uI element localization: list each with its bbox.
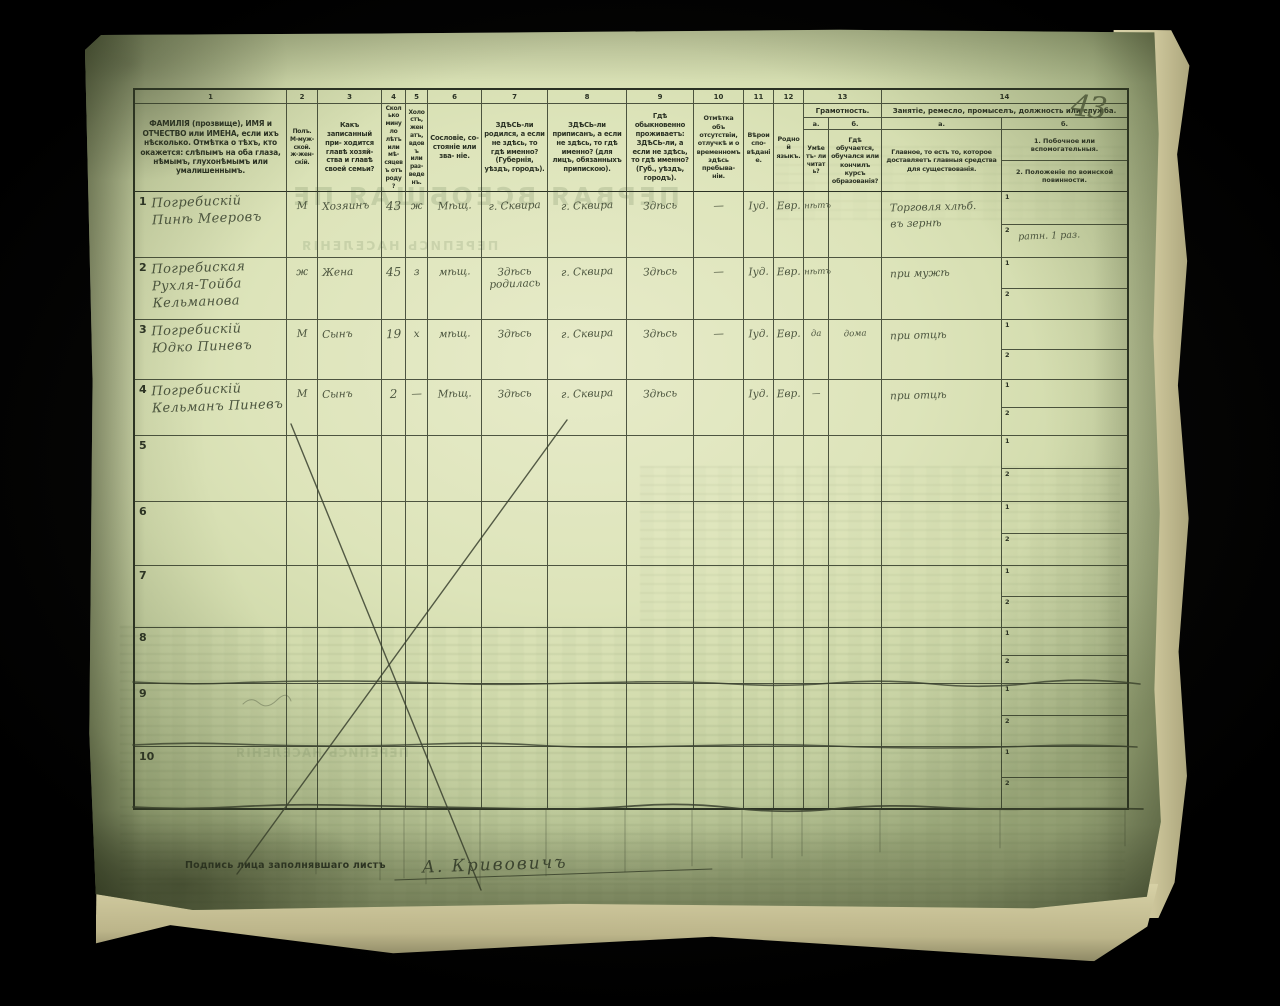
religion-handwriting: Іуд.	[744, 380, 774, 401]
estate-handwriting: мѣщ.	[428, 257, 482, 279]
row-3-resides-cell: Здѣсь	[627, 320, 694, 380]
row-8-registered-cell	[548, 628, 627, 684]
absence-handwriting: —	[694, 319, 744, 341]
row-10-school-cell	[829, 747, 882, 808]
row-4-school-cell	[829, 380, 882, 436]
reads-handwriting: нѣтъ	[804, 192, 829, 212]
side-subcell-1: 1	[1002, 436, 1127, 469]
row-7-marital-cell	[406, 566, 428, 628]
row-9-absence-cell	[694, 684, 744, 747]
row-9-language-cell	[774, 684, 804, 747]
row-6-side-occupation-cell: 12	[1002, 502, 1127, 566]
row-8-resides-cell	[627, 628, 694, 684]
row-7-name-cell: 7	[135, 566, 287, 628]
row-5-estate-cell	[428, 436, 482, 502]
row-9-relation-cell	[318, 684, 382, 747]
side-subcell-1: 1	[1002, 566, 1127, 597]
row-1-marital-cell: ж	[406, 192, 428, 258]
row-2-occupation-cell: при мужѣ	[882, 258, 1002, 320]
side2-handwriting	[1002, 713, 1127, 722]
marital-handwriting	[406, 684, 427, 693]
born-handwriting: Здѣсь	[482, 379, 548, 401]
age-handwriting: 19	[382, 320, 406, 342]
header-residence: Гдѣ обыкновенно проживаетъ: ЗДѢСЬ-ли, а …	[627, 104, 694, 192]
occupation-handwriting	[882, 434, 1001, 444]
estate-handwriting	[428, 683, 481, 693]
sex-handwriting: М	[287, 191, 318, 212]
row-7-resides-cell	[627, 566, 694, 628]
row-1-born-cell: г. Сквира	[482, 192, 548, 258]
header-military-status: 2. Положеніе по воинской повинности.	[1002, 161, 1127, 191]
row-8-relation-cell	[318, 628, 382, 684]
sex-handwriting	[287, 746, 317, 755]
row-9-reads-cell	[804, 684, 829, 747]
header-literacy-title: Грамотность.	[804, 104, 881, 118]
row-4-age-cell: 2	[382, 380, 406, 436]
language-handwriting: Евр.	[774, 380, 804, 401]
relation-handwriting	[318, 683, 381, 693]
language-handwriting: Евр.	[774, 320, 804, 341]
resides-handwriting: Здѣсь	[627, 379, 694, 401]
row-1-name-cell: 1ПогребискійПинѣ Мееровъ	[135, 192, 287, 258]
reads-handwriting	[804, 502, 828, 512]
header-age: Сколько минуло лѣтъ или мѣ- сяцевъ отъ р…	[382, 104, 406, 192]
reads-handwriting	[804, 566, 828, 576]
side-subcell-2: 2	[1002, 289, 1127, 319]
row-5-school-cell	[829, 436, 882, 502]
estate-handwriting	[428, 501, 481, 511]
row-2-born-cell: Здѣсь родилась	[482, 258, 548, 320]
side2-handwriting	[1002, 406, 1127, 415]
language-handwriting	[774, 683, 803, 692]
column-number-10: 10	[694, 90, 744, 104]
estate-handwriting: Мѣщ.	[428, 191, 482, 213]
census-sheet: ПЕРВАЯ ВСЕОБЩАЯ ПЕ ПЕРЕПИСЬ НАСЕЛЕНІЯ ПЕ…	[85, 28, 1163, 910]
occupation-handwriting	[882, 626, 1001, 636]
row-5-side-occupation-cell: 12	[1002, 436, 1127, 502]
row-5-religion-cell	[744, 436, 774, 502]
occupation-handwriting	[882, 500, 1001, 510]
row-9-born-cell	[482, 684, 548, 747]
header-can-read: Умѣетъ- ли читать?	[804, 130, 829, 191]
header-absence: Отмѣтка объ отсутствіи, отлучкѣ и о врем…	[694, 104, 744, 192]
school-handwriting	[829, 565, 881, 576]
row-8-reads-cell	[804, 628, 829, 684]
side2-handwriting: ратн. 1 раз.	[1002, 223, 1127, 243]
resides-handwriting: Здѣсь	[627, 319, 694, 341]
row-5-reads-cell	[804, 436, 829, 502]
relation-handwriting: Сынъ	[318, 319, 382, 341]
side2-handwriting	[1002, 595, 1127, 604]
absence-handwriting	[694, 565, 743, 575]
row-5-resides-cell	[627, 436, 694, 502]
row-4-resides-cell: Здѣсь	[627, 380, 694, 436]
age-handwriting	[382, 436, 405, 444]
side1-handwriting	[1002, 318, 1127, 327]
page-number-handwritten: 43	[1069, 88, 1107, 127]
row-1-absence-cell: —	[694, 192, 744, 258]
row-9-estate-cell	[428, 684, 482, 747]
occupation-line: при отцѣ	[890, 325, 1001, 344]
row-6-marital-cell	[406, 502, 428, 566]
row-2-side-occupation-cell: 12	[1002, 258, 1127, 320]
row-2-reads-cell: нѣтъ	[804, 258, 829, 320]
header-estate: Сословіе, со- стояніе или зва- ніе.	[428, 104, 482, 192]
census-book-photo: ПЕРВАЯ ВСЕОБЩАЯ ПЕ ПЕРЕПИСЬ НАСЕЛЕНІЯ ПЕ…	[0, 0, 1280, 1006]
side2-handwriting	[1002, 532, 1127, 541]
row-4-side-occupation-cell: 12	[1002, 380, 1127, 436]
row-8-name-cell: 8	[135, 628, 287, 684]
header-language: Родной языкъ.	[774, 104, 804, 192]
absence-handwriting	[694, 627, 743, 637]
row-1-relation-cell: Хозяинъ	[318, 192, 382, 258]
registered-handwriting	[548, 435, 626, 446]
religion-handwriting	[744, 627, 773, 636]
side1-handwriting	[1002, 564, 1127, 573]
row-4-born-cell: Здѣсь	[482, 380, 548, 436]
column-number-9: 9	[627, 90, 694, 104]
side-subcell-1: 1	[1002, 502, 1127, 534]
marital-handwriting	[406, 628, 427, 637]
language-handwriting	[774, 746, 803, 755]
footer-signature-row: Подпись лица заполнявшаго листъА. Кривов…	[185, 853, 712, 875]
row-6-estate-cell	[428, 502, 482, 566]
census-table: 1 2 3 4 5 6 7 8 9 10 11 12 13 14 ФАМИЛІЯ…	[133, 88, 1129, 810]
side1-handwriting	[1002, 190, 1127, 199]
name-handwriting: ПогребискійПинѣ Мееровъ	[135, 187, 287, 231]
relation-handwriting	[318, 501, 381, 511]
sex-handwriting	[287, 435, 317, 444]
row-6-language-cell	[774, 502, 804, 566]
row-10-side-occupation-cell: 12	[1002, 747, 1127, 808]
relation-handwriting	[318, 565, 381, 575]
school-handwriting	[829, 746, 881, 757]
row-6-religion-cell	[744, 502, 774, 566]
resides-handwriting	[627, 565, 693, 575]
side-subcell-1: 1	[1002, 684, 1127, 716]
occupation-handwriting: при отцѣ	[882, 318, 1002, 344]
row-4-estate-cell: Мѣщ.	[428, 380, 482, 436]
name-handwriting: ПогребискаяРухля-ТойбаКельманова	[135, 253, 288, 314]
estate-handwriting	[428, 565, 481, 575]
row-10-reads-cell	[804, 747, 829, 808]
row-8-school-cell	[829, 628, 882, 684]
resides-handwriting	[627, 501, 693, 511]
side-subcell-2: 2	[1002, 716, 1127, 747]
marital-handwriting: —	[406, 380, 428, 401]
row-10-estate-cell	[428, 747, 482, 808]
side2-handwriting	[1002, 348, 1127, 357]
religion-handwriting	[744, 746, 773, 755]
relation-handwriting	[318, 746, 381, 756]
school-handwriting	[829, 627, 881, 638]
row-number: 5	[139, 439, 147, 452]
row-9-religion-cell	[744, 684, 774, 747]
registered-handwriting	[548, 501, 626, 512]
name-line: Юдко Пиневъ	[152, 337, 286, 359]
side1-handwriting	[1002, 256, 1127, 265]
row-2-resides-cell: Здѣсь	[627, 258, 694, 320]
row-4-occupation-cell: при отцѣ	[882, 380, 1002, 436]
row-number: 9	[139, 687, 147, 700]
row-6-relation-cell	[318, 502, 382, 566]
row-1-reads-cell: нѣтъ	[804, 192, 829, 258]
resides-handwriting	[627, 746, 693, 756]
name-line: Кельманова	[152, 292, 286, 314]
reads-handwriting: —	[804, 380, 829, 400]
side1-handwriting	[1002, 378, 1127, 387]
column-number-12: 12	[774, 90, 804, 104]
resides-handwriting	[627, 683, 693, 693]
reads-handwriting: нѣтъ	[804, 258, 829, 278]
row-7-occupation-cell	[882, 566, 1002, 628]
religion-handwriting	[744, 501, 773, 510]
relation-handwriting: Жена	[318, 257, 382, 279]
side-subcell-2: 2	[1002, 350, 1127, 379]
born-handwriting	[482, 565, 547, 575]
row-7-age-cell	[382, 566, 406, 628]
side-subcell-1: 1	[1002, 628, 1127, 656]
row-6-registered-cell	[548, 502, 627, 566]
row-6-sex-cell	[287, 502, 318, 566]
occupation-handwriting: при мужѣ	[882, 256, 1002, 282]
row-5-absence-cell	[694, 436, 744, 502]
school-handwriting: дома	[829, 319, 882, 340]
row-1-occupation-cell: Торговля хлѣб.въ зернѣ	[882, 192, 1002, 258]
header-letter-b: б.	[1002, 118, 1127, 129]
absence-handwriting	[694, 683, 743, 693]
side-subcell-2: 2ратн. 1 раз.	[1002, 225, 1127, 257]
age-handwriting: 45	[382, 258, 406, 280]
header-letter-a: а.	[882, 118, 1002, 129]
column-number-13: 13	[804, 90, 882, 104]
side-subcell-1: 1	[1002, 320, 1127, 350]
absence-handwriting	[694, 746, 743, 756]
registered-handwriting	[548, 565, 626, 576]
row-2-relation-cell: Жена	[318, 258, 382, 320]
reads-handwriting	[804, 436, 828, 446]
row-number: 10	[139, 750, 154, 763]
religion-handwriting	[744, 683, 773, 692]
row-2-school-cell	[829, 258, 882, 320]
enumerator-signature: А. Кривовичъ	[393, 847, 712, 880]
column-number-3: 3	[318, 90, 382, 104]
row-2-language-cell: Евр.	[774, 258, 804, 320]
row-3-absence-cell: —	[694, 320, 744, 380]
row-2-name-cell: 2ПогребискаяРухля-ТойбаКельманова	[135, 258, 287, 320]
side2-handwriting	[1002, 654, 1127, 663]
school-handwriting	[829, 435, 881, 446]
row-10-occupation-cell	[882, 747, 1002, 808]
resides-handwriting: Здѣсь	[627, 191, 694, 213]
row-9-name-cell: 9	[135, 684, 287, 747]
side1-handwriting	[1002, 626, 1127, 635]
absence-handwriting: —	[694, 191, 744, 213]
school-handwriting	[829, 501, 881, 512]
row-number: 6	[139, 505, 147, 518]
row-6-resides-cell	[627, 502, 694, 566]
estate-handwriting: мѣщ.	[428, 319, 482, 341]
row-10-language-cell	[774, 747, 804, 808]
row-4-name-cell: 4ПогребискійКельманъ Пиневъ	[135, 380, 287, 436]
header-letter-b: б.	[829, 118, 881, 129]
row-5-sex-cell	[287, 436, 318, 502]
header-sex: Полъ. М-муж- ской. ж-жен- скій.	[287, 104, 318, 192]
registered-handwriting	[548, 627, 626, 638]
marital-handwriting	[406, 502, 427, 511]
column-number-11: 11	[744, 90, 774, 104]
registered-handwriting: г. Сквира	[548, 319, 627, 342]
occupation-handwriting: при отцѣ	[882, 378, 1002, 404]
row-6-reads-cell	[804, 502, 829, 566]
side1-handwriting	[1002, 682, 1127, 691]
religion-handwriting: Іуд.	[744, 192, 774, 213]
row-5-occupation-cell	[882, 436, 1002, 502]
relation-handwriting: Сынъ	[318, 379, 382, 401]
born-handwriting: г. Сквира	[482, 191, 548, 213]
marital-handwriting: ж	[406, 192, 428, 213]
occupation-handwriting	[882, 745, 1001, 755]
registered-handwriting: г. Сквира	[548, 191, 627, 214]
resides-handwriting	[627, 627, 693, 637]
side-subcell-2: 2	[1002, 778, 1127, 808]
header-literacy-letters: а. б.	[804, 118, 881, 130]
registered-handwriting: г. Сквира	[548, 257, 627, 280]
row-7-registered-cell	[548, 566, 627, 628]
row-4-marital-cell: —	[406, 380, 428, 436]
row-8-sex-cell	[287, 628, 318, 684]
row-10-relation-cell	[318, 747, 382, 808]
header-main-occupation: Главное, то есть то, которое доставляетъ…	[882, 130, 1002, 191]
school-handwriting	[829, 191, 881, 202]
header-religion: Вѣроиспо- вѣданіе.	[744, 104, 774, 192]
header-name: ФАМИЛІЯ (прозвище), ИМЯ и ОТЧЕСТВО или И…	[135, 104, 287, 192]
born-handwriting	[482, 435, 547, 445]
row-3-name-cell: 3ПогребискійЮдко Пиневъ	[135, 320, 287, 380]
row-9-resides-cell	[627, 684, 694, 747]
marital-handwriting	[406, 747, 427, 756]
header-marital: Холостъ, женатъ, вдовъ или раз- веденъ.	[406, 104, 428, 192]
age-handwriting: 2	[382, 380, 406, 402]
row-9-occupation-cell	[882, 684, 1002, 747]
row-7-side-occupation-cell: 12	[1002, 566, 1127, 628]
row-6-occupation-cell	[882, 502, 1002, 566]
column-number-6: 6	[428, 90, 482, 104]
row-3-relation-cell: Сынъ	[318, 320, 382, 380]
row-8-born-cell	[482, 628, 548, 684]
row-9-side-occupation-cell: 12	[1002, 684, 1127, 747]
side1-handwriting	[1002, 745, 1127, 754]
row-4-religion-cell: Іуд.	[744, 380, 774, 436]
occupation-handwriting	[882, 564, 1001, 574]
row-6-age-cell	[382, 502, 406, 566]
row-8-language-cell	[774, 628, 804, 684]
name-line: Кельманъ Пиневъ	[152, 397, 286, 419]
language-handwriting: Евр.	[774, 192, 804, 213]
occupation-line: при мужѣ	[890, 263, 1001, 282]
school-handwriting	[829, 257, 881, 268]
row-1-language-cell: Евр.	[774, 192, 804, 258]
side-subcell-1: 1	[1002, 258, 1127, 289]
row-7-sex-cell	[287, 566, 318, 628]
reads-handwriting	[804, 628, 828, 638]
language-handwriting	[774, 565, 803, 574]
row-4-absence-cell	[694, 380, 744, 436]
reads-handwriting	[804, 747, 828, 757]
resides-handwriting: Здѣсь	[627, 257, 694, 279]
name-handwriting: ПогребискійКельманъ Пиневъ	[135, 375, 287, 419]
row-2-estate-cell: мѣщ.	[428, 258, 482, 320]
row-4-sex-cell: М	[287, 380, 318, 436]
age-handwriting	[382, 566, 405, 574]
religion-handwriting	[744, 565, 773, 574]
row-3-born-cell: Здѣсь	[482, 320, 548, 380]
registered-handwriting	[548, 746, 626, 757]
relation-handwriting: Хозяинъ	[318, 191, 382, 213]
row-10-resides-cell	[627, 747, 694, 808]
sex-handwriting	[287, 627, 317, 636]
row-8-side-occupation-cell: 12	[1002, 628, 1127, 684]
row-1-resides-cell: Здѣсь	[627, 192, 694, 258]
row-5-language-cell	[774, 436, 804, 502]
row-10-age-cell	[382, 747, 406, 808]
language-handwriting	[774, 435, 803, 444]
row-2-religion-cell: Іуд.	[744, 258, 774, 320]
religion-handwriting: Іуд.	[744, 258, 774, 279]
marital-handwriting	[406, 436, 427, 445]
row-1-registered-cell: г. Сквира	[548, 192, 627, 258]
row-number: 8	[139, 631, 147, 644]
row-4-reads-cell: —	[804, 380, 829, 436]
registered-handwriting	[548, 683, 626, 694]
side-subcell-2: 2	[1002, 469, 1127, 501]
row-5-name-cell: 5	[135, 436, 287, 502]
sex-handwriting	[287, 501, 317, 510]
row-3-religion-cell: Іуд.	[744, 320, 774, 380]
side-subcell-1: 1	[1002, 380, 1127, 408]
name-line: Пинѣ Мееровъ	[152, 209, 286, 231]
reads-handwriting	[804, 684, 828, 694]
sex-handwriting	[287, 565, 317, 574]
column-number-8: 8	[548, 90, 627, 104]
religion-handwriting	[744, 435, 773, 444]
absence-handwriting	[694, 379, 743, 389]
row-9-marital-cell	[406, 684, 428, 747]
row-2-marital-cell: з	[406, 258, 428, 320]
row-6-born-cell	[482, 502, 548, 566]
row-3-side-occupation-cell: 12	[1002, 320, 1127, 380]
sex-handwriting: ж	[287, 257, 318, 278]
row-2-sex-cell: ж	[287, 258, 318, 320]
column-number-2: 2	[287, 90, 318, 104]
age-handwriting: 43	[382, 192, 406, 214]
row-5-born-cell	[482, 436, 548, 502]
born-handwriting	[482, 627, 547, 637]
row-8-religion-cell	[744, 628, 774, 684]
marital-handwriting: з	[406, 258, 428, 279]
row-3-reads-cell: да	[804, 320, 829, 380]
header-registration: ЗДѢСЬ-ли приписанъ, а если не здѣсь, то …	[548, 104, 627, 192]
row-number: 7	[139, 569, 147, 582]
registered-handwriting: г. Сквира	[548, 379, 627, 402]
row-8-absence-cell	[694, 628, 744, 684]
header-birthplace: ЗДѢСЬ-ли родился, а если не здѣсь, то гд…	[482, 104, 548, 192]
row-7-relation-cell	[318, 566, 382, 628]
side1-handwriting	[1002, 434, 1127, 443]
occupation-handwriting	[882, 682, 1001, 692]
sex-handwriting	[287, 683, 317, 692]
row-10-sex-cell	[287, 747, 318, 808]
